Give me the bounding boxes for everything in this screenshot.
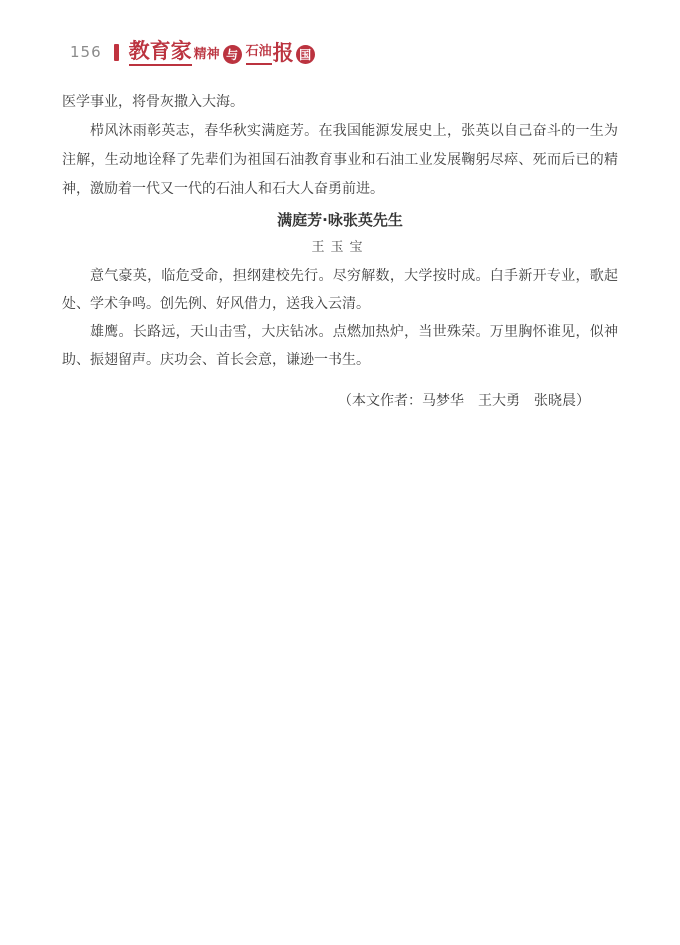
- poem-stanza-2: 雄鹰。长路远，天山击雪，大庆钻冰。点燃加热炉，当世殊荣。万里胸怀谁见，似神助、振…: [62, 318, 618, 374]
- poem-title: 满庭芳·咏张英先生: [62, 206, 618, 235]
- book-page: 156 教育家 精神 与 石油 报 国 医学事业，将骨灰撒入大海。 栉风沐雨彰英…: [0, 0, 680, 945]
- page-number: 156: [70, 36, 102, 68]
- logo-circle-yu: 与: [223, 45, 242, 64]
- header-divider-bar: [114, 44, 119, 61]
- author-attribution: （本文作者：马梦华 王大勇 张晓晨）: [62, 390, 618, 412]
- body-paragraph: 栉风沐雨彰英志，春华秋实满庭芳。在我国能源发展史上，张英以自己奋斗的一生为注解，…: [62, 117, 618, 204]
- series-logo: 教育家 精神 与 石油 报 国: [129, 39, 317, 66]
- article-body: 医学事业，将骨灰撒入大海。 栉风沐雨彰英志，春华秋实满庭芳。在我国能源发展史上，…: [62, 88, 618, 426]
- logo-text-spirit: 精神: [194, 45, 220, 65]
- logo-text-educator: 教育家: [129, 39, 192, 66]
- logo-text-petroleum: 石油: [246, 42, 272, 65]
- logo-text-serve: 报: [273, 41, 294, 66]
- logo-circle-country: 国: [296, 45, 315, 64]
- poem-stanza-1: 意气豪英，临危受命，担纲建校先行。尽穷解数，大学按时成。白手新开专业，歌起处、学…: [62, 262, 618, 318]
- page-header: 156 教育家 精神 与 石油 报 国: [70, 36, 317, 68]
- body-paragraph-continuation: 医学事业，将骨灰撒入大海。: [62, 88, 618, 117]
- poem-author: 王玉宝: [62, 235, 618, 260]
